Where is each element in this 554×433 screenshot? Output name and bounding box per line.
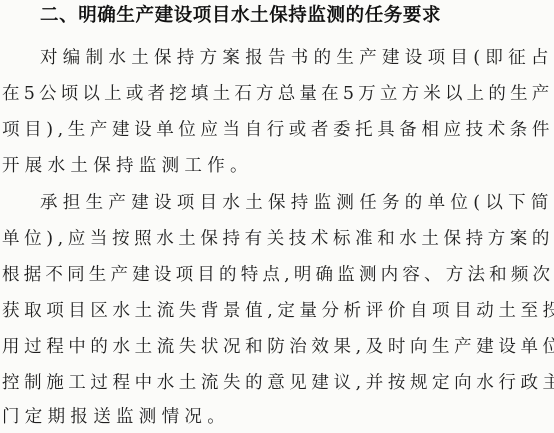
section-heading: 二、明确生产建设项目水土保持监测的任务要求: [40, 2, 441, 30]
paragraph-line: 开展水土保持监测工作。: [2, 152, 253, 180]
paragraph-line: 单位),应当按照水土保持有关技术标准和水土保持方案的要求,: [2, 225, 554, 253]
paragraph-line: 对编制水土保持方案报告书的生产建设项目(即征占地面积: [40, 44, 554, 72]
paragraph-line: 在5公顷以上或者挖填土石方总量在5万立方米以上的生产建设: [2, 80, 554, 108]
paragraph-line: 控制施工过程中水土流失的意见建议,并按规定向水行政主管部: [2, 369, 554, 397]
paragraph-line: 承担生产建设项目水土保持监测任务的单位(以下简称监测: [40, 189, 554, 217]
document-page: 二、明确生产建设项目水土保持监测的任务要求 对编制水土保持方案报告书的生产建设项…: [0, 0, 554, 433]
paragraph-line: 门定期报送监测情况。: [2, 403, 230, 431]
paragraph-line: 获取项目区水土流失背景值,定量分析评价自项目动土至投产使: [2, 297, 554, 325]
paragraph-line: 用过程中的水土流失状况和防治效果,及时向生产建设单位提出: [2, 333, 554, 361]
paragraph-line: 项目),生产建设单位应当自行或者委托具备相应技术条件的机构: [2, 116, 554, 144]
paragraph-line: 根据不同生产建设项目的特点,明确监测内容、方法和频次,调查: [2, 261, 554, 289]
